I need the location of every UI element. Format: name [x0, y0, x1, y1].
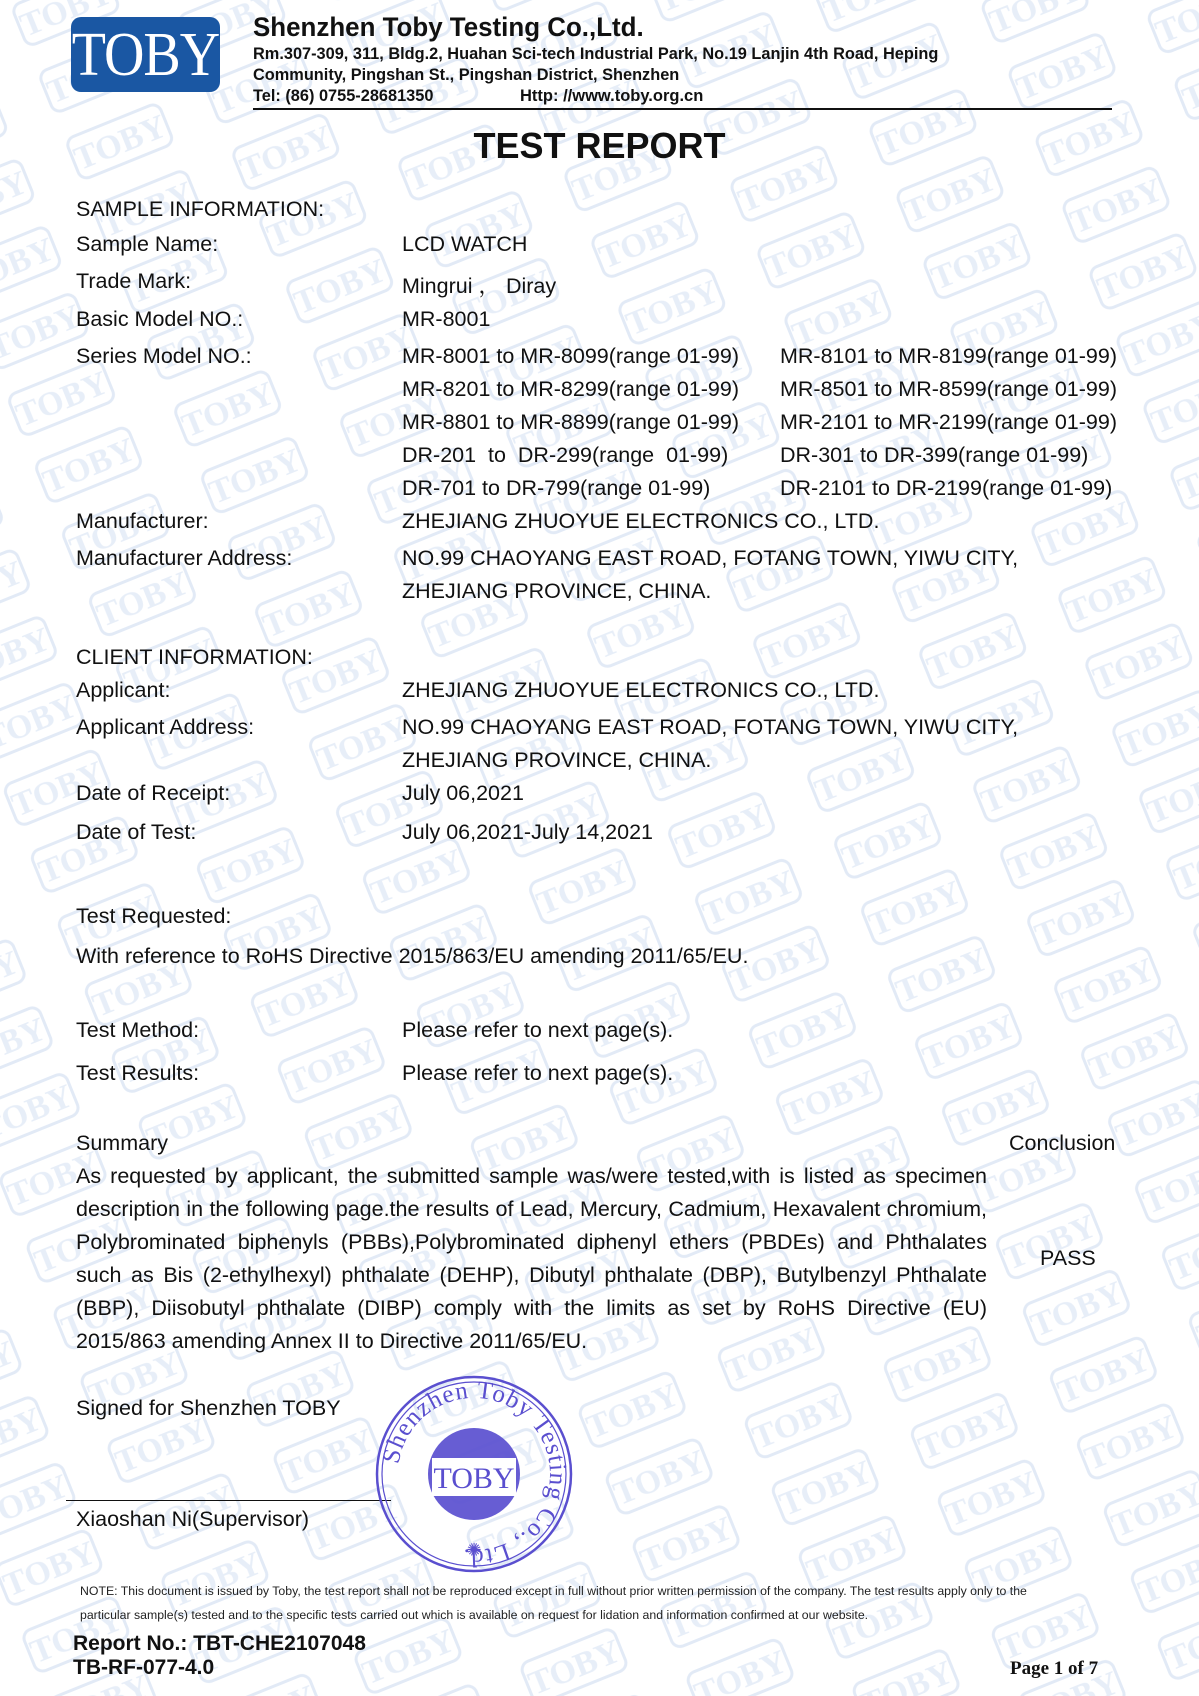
series-model-row: MR-8101 to MR-8199(range 01-99) [780, 344, 1117, 369]
company-seal-stamp: Shenzhen Toby Testing Co., Ltd. TOBY ✺ [372, 1372, 576, 1576]
series-model-row: DR-701 to DR-799(range 01-99) [402, 476, 710, 501]
applicant-address-label: Applicant Address: [76, 715, 254, 740]
company-name: Shenzhen Toby Testing Co.,Ltd. [253, 12, 644, 43]
sample-name-label: Sample Name: [76, 232, 218, 257]
applicant-value: ZHEJIANG ZHUOYUE ELECTRONICS CO., LTD. [402, 678, 879, 703]
test-results-label: Test Results: [76, 1061, 199, 1086]
company-address-line2: Community, Pingshan St., Pingshan Distri… [253, 66, 679, 85]
svg-text:TOBY: TOBY [433, 1462, 514, 1495]
series-model-label: Series Model NO.: [76, 344, 252, 369]
footer-note-line1: NOTE: This document is issued by Toby, t… [80, 1584, 1027, 1598]
trade-mark-value: Mingrui ， Diray [402, 269, 556, 300]
series-model-row: MR-8801 to MR-8899(range 01-99) [402, 410, 739, 435]
summary-heading: Summary [76, 1131, 168, 1156]
applicant-label: Applicant: [76, 678, 170, 703]
client-info-heading: CLIENT INFORMATION: [76, 645, 313, 670]
conclusion-heading: Conclusion [1009, 1131, 1115, 1156]
date-of-test-value: July 06,2021-July 14,2021 [402, 820, 653, 845]
test-results-value: Please refer to next page(s). [402, 1061, 673, 1086]
test-requested-value: With reference to RoHS Directive 2015/86… [76, 944, 748, 969]
company-address-line1: Rm.307-309, 311, Bldg.2, Huahan Sci-tech… [253, 45, 938, 64]
series-model-row: MR-2101 to MR-2199(range 01-99) [780, 410, 1117, 435]
header-divider [253, 108, 1112, 110]
toby-logo: TOBY [71, 17, 220, 92]
series-model-row: DR-2101 to DR-2199(range 01-99) [780, 476, 1112, 501]
manufacturer-value: ZHEJIANG ZHUOYUE ELECTRONICS CO., LTD. [402, 509, 879, 534]
manufacturer-address-line2: ZHEJIANG PROVINCE, CHINA. [402, 579, 711, 604]
test-requested-label: Test Requested: [76, 904, 231, 929]
manufacturer-address-label: Manufacturer Address: [76, 546, 292, 571]
footer-note-line2: particular sample(s) tested and to the s… [80, 1608, 868, 1622]
date-of-receipt-value: July 06,2021 [402, 781, 524, 806]
basic-model-label: Basic Model NO.: [76, 307, 243, 332]
series-model-row: MR-8201 to MR-8299(range 01-99) [402, 377, 739, 402]
date-of-receipt-label: Date of Receipt: [76, 781, 230, 806]
svg-text:✺: ✺ [466, 1540, 481, 1561]
test-method-label: Test Method: [76, 1018, 199, 1043]
sample-info-heading: SAMPLE INFORMATION: [76, 197, 324, 222]
date-of-test-label: Date of Test: [76, 820, 196, 845]
series-model-row: MR-8501 to MR-8599(range 01-99) [780, 377, 1117, 402]
basic-model-value: MR-8001 [402, 307, 490, 332]
sample-name-value: LCD WATCH [402, 232, 527, 257]
page-indicator: Page 1 of 7 [1010, 1658, 1098, 1680]
signatory-name: Xiaoshan Ni(Supervisor) [76, 1507, 309, 1532]
logo-text: TOBY [72, 23, 219, 86]
summary-body: As requested by applicant, the submitted… [76, 1160, 987, 1358]
series-model-row: DR-201 to DR-299(range 01-99) [402, 443, 728, 468]
series-model-row: DR-301 to DR-399(range 01-99) [780, 443, 1088, 468]
form-number: TB-RF-077-4.0 [73, 1656, 214, 1680]
company-tel: Tel: (86) 0755-28681350 [253, 87, 433, 106]
test-method-value: Please refer to next page(s). [402, 1018, 673, 1043]
report-number: Report No.: TBT-CHE2107048 [73, 1632, 366, 1656]
company-website: Http: //www.toby.org.cn [520, 87, 703, 106]
series-model-row: MR-8001 to MR-8099(range 01-99) [402, 344, 739, 369]
trade-mark-label: Trade Mark: [76, 269, 191, 294]
applicant-address-line2: ZHEJIANG PROVINCE, CHINA. [402, 748, 711, 773]
signed-for-text: Signed for Shenzhen TOBY [76, 1396, 341, 1421]
manufacturer-label: Manufacturer: [76, 509, 209, 534]
conclusion-value: PASS [1040, 1246, 1096, 1271]
manufacturer-address-line1: NO.99 CHAOYANG EAST ROAD, FOTANG TOWN, Y… [402, 546, 1018, 571]
signature-line [66, 1500, 391, 1501]
applicant-address-line1: NO.99 CHAOYANG EAST ROAD, FOTANG TOWN, Y… [402, 715, 1018, 740]
document-title: TEST REPORT [0, 125, 1199, 167]
